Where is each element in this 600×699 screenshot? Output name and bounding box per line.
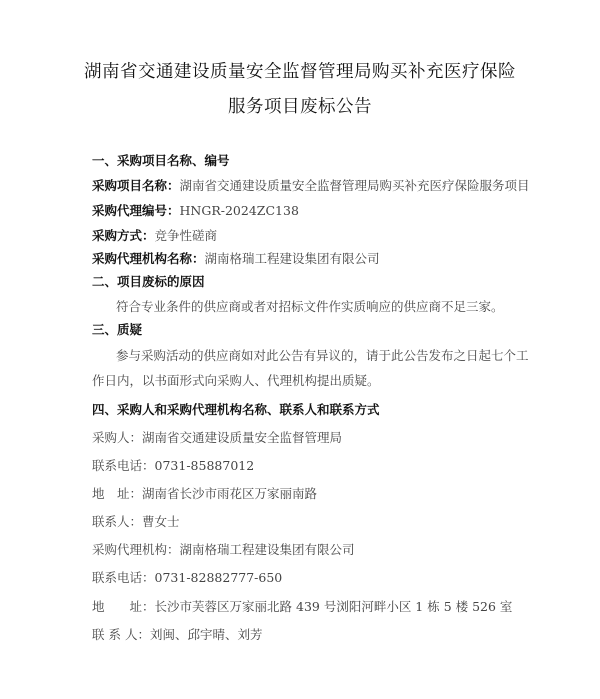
agency-name-label: 采购代理机构名称： xyxy=(92,251,205,266)
purchaser-contact-label: 联系人： xyxy=(92,514,142,529)
purchaser-phone-label: 联系电话： xyxy=(92,458,155,473)
purchaser-address-label: 地 址： xyxy=(92,486,142,501)
agency-address-value: 长沙市芙蓉区万家丽北路 439 号浏阳河畔小区 1 栋 5 楼 526 室 xyxy=(155,599,513,614)
method-row: 采购方式：竞争性磋商 xyxy=(92,226,217,244)
purchaser-label: 采购人： xyxy=(92,430,142,445)
purchaser-contact-row: 联系人：曹女士 xyxy=(92,512,180,530)
agency-name-row: 采购代理机构名称：湖南格瑞工程建设集团有限公司 xyxy=(92,249,380,267)
agency-number-label: 采购代理编号： xyxy=(92,203,180,218)
agency-phone-row: 联系电话：0731-82882777-650 xyxy=(92,568,282,586)
section4-heading: 四、采购人和采购代理机构名称、联系人和联系方式 xyxy=(92,400,380,418)
agency-value: 湖南格瑞工程建设集团有限公司 xyxy=(180,542,355,557)
document-title-line1: 湖南省交通建设质量安全监督管理局购买补充医疗保险 xyxy=(0,58,600,83)
purchaser-address-value: 湖南省长沙市雨花区万家丽南路 xyxy=(142,486,317,501)
section1-heading: 一、采购项目名称、编号 xyxy=(92,151,230,169)
purchaser-phone-row: 联系电话：0731-85887012 xyxy=(92,456,254,474)
agency-number-row: 采购代理编号：HNGR-2024ZC138 xyxy=(92,201,299,219)
section3-text-line1: 参与采购活动的供应商如对此公告有异议的，请于此公告发布之日起七个工 xyxy=(116,346,529,364)
purchaser-phone-value: 0731-85887012 xyxy=(155,458,255,473)
agency-number-value: HNGR-2024ZC138 xyxy=(180,203,299,218)
purchaser-contact-value: 曹女士 xyxy=(142,514,180,529)
project-name-row: 采购项目名称：湖南省交通建设质量安全监督管理局购买补充医疗保险服务项目 xyxy=(92,176,530,194)
agency-contact-label: 联 系 人： xyxy=(92,627,150,642)
method-label: 采购方式： xyxy=(92,228,155,243)
agency-contact-value: 刘闽、邱宇晴、刘芳 xyxy=(150,627,263,642)
project-name-label: 采购项目名称： xyxy=(92,178,180,193)
agency-row: 采购代理机构：湖南格瑞工程建设集团有限公司 xyxy=(92,540,355,558)
document-title-line2: 服务项目废标公告 xyxy=(0,93,600,118)
section2-heading: 二、项目废标的原因 xyxy=(92,272,205,290)
agency-phone-label: 联系电话： xyxy=(92,570,155,585)
agency-label: 采购代理机构： xyxy=(92,542,180,557)
purchaser-address-row: 地 址：湖南省长沙市雨花区万家丽南路 xyxy=(92,484,317,502)
agency-address-row: 地 址：长沙市芙蓉区万家丽北路 439 号浏阳河畔小区 1 栋 5 楼 526 … xyxy=(92,597,512,615)
purchaser-value: 湖南省交通建设质量安全监督管理局 xyxy=(142,430,342,445)
agency-address-label: 地 址： xyxy=(92,599,155,614)
agency-phone-value: 0731-82882777-650 xyxy=(155,570,283,585)
section3-heading: 三、质疑 xyxy=(92,320,142,338)
section3-text-line2: 作日内，以书面形式向采购人、代理机构提出质疑。 xyxy=(92,371,380,389)
agency-name-value: 湖南格瑞工程建设集团有限公司 xyxy=(205,251,380,266)
purchaser-row: 采购人：湖南省交通建设质量安全监督管理局 xyxy=(92,428,342,446)
section2-text: 符合专业条件的供应商或者对招标文件作实质响应的供应商不足三家。 xyxy=(116,297,504,315)
agency-contact-row: 联 系 人：刘闽、邱宇晴、刘芳 xyxy=(92,625,262,643)
method-value: 竞争性磋商 xyxy=(155,228,218,243)
project-name-value: 湖南省交通建设质量安全监督管理局购买补充医疗保险服务项目 xyxy=(180,178,530,193)
